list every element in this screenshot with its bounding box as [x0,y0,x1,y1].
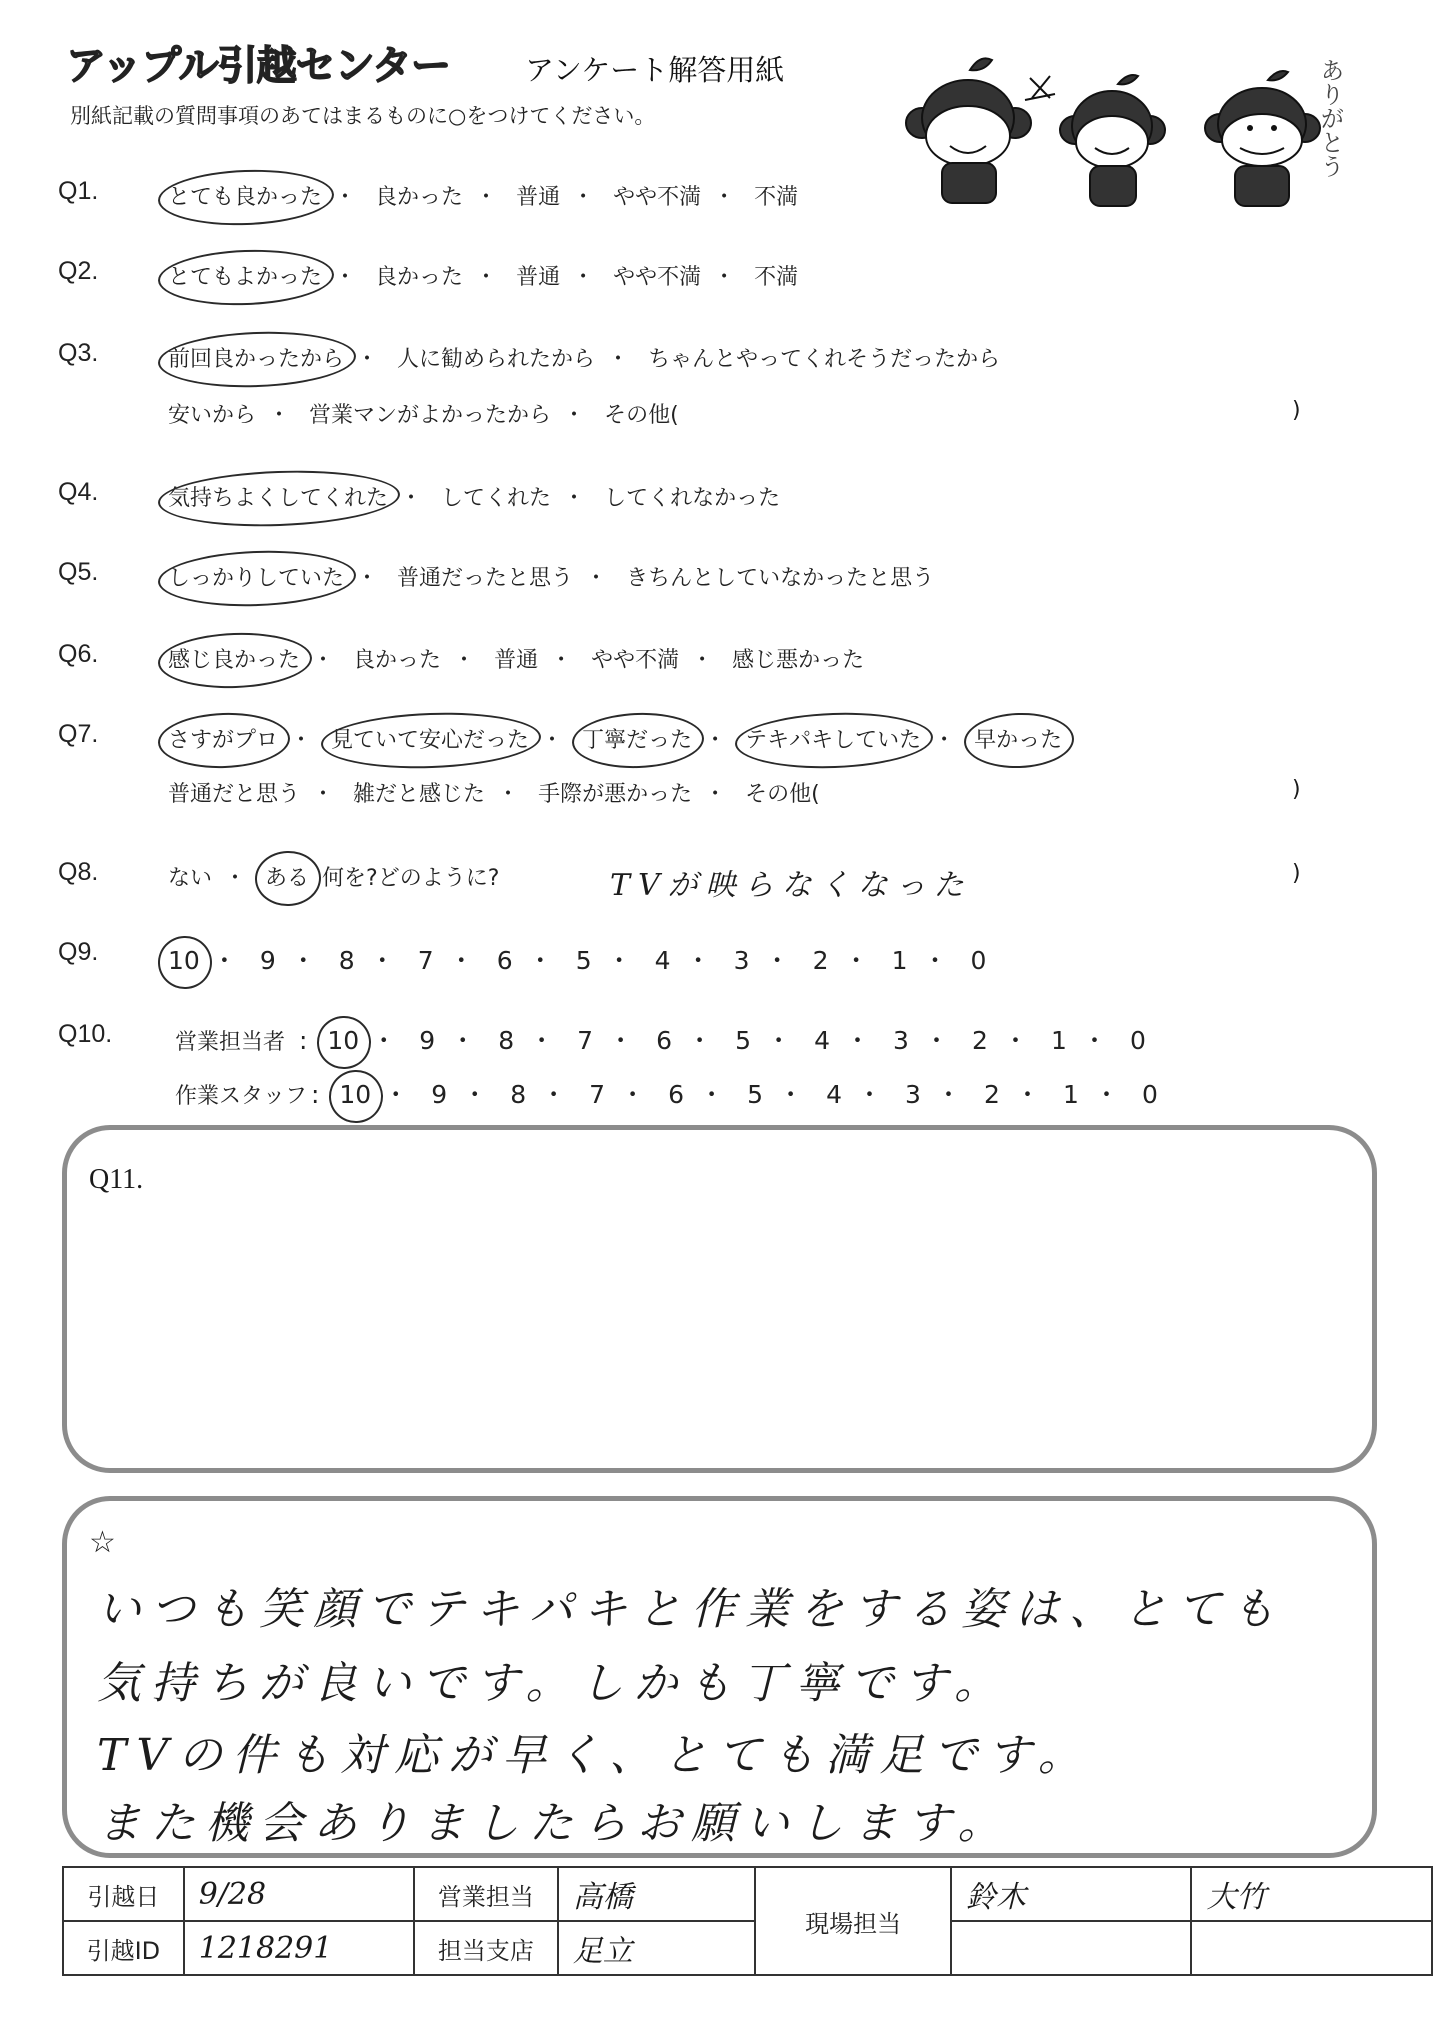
q4-option[interactable]: してくれなかった [604,481,780,512]
q8-close-paren: ) [1292,861,1301,886]
q3-label: Q3. [58,339,98,368]
q10-staff-score[interactable]: 3 [902,1080,924,1109]
form-title: アンケート解答用紙 [525,48,784,89]
q3-options-line2: 安いから・ 営業マンがよかったから・ その他( [168,398,679,429]
q10-sales-label: 営業担当者 [175,1025,285,1056]
q9-scale: 10・ 9・ 8・ 7・ 6・ 5・ 4・ 3・ 2・ 1・ 0 [168,941,990,977]
q10-staff-score[interactable]: 4 [823,1080,845,1109]
q7-option-selected[interactable]: テキパキしていた [745,723,921,754]
q10-staff-score[interactable]: 5 [744,1080,766,1109]
q7-options-line2: 普通だと思う・ 雑だと感じた・ 手際が悪かった・ その他( [168,777,820,808]
q9-score[interactable]: 6 [494,946,516,975]
q10-sales-score[interactable]: 3 [890,1026,912,1055]
sales-rep-value[interactable]: 高橋 [558,1867,756,1921]
site-staff-3[interactable] [951,1921,1192,1975]
q11-answer-box[interactable]: Q11. [62,1125,1377,1473]
mascot-illustration: ありがとう [890,48,1350,218]
q10-staff-score-selected[interactable]: 10 [339,1080,371,1109]
q9-label: Q9. [58,938,98,967]
q7-option-selected[interactable]: 見ていて安心だった [331,723,529,754]
q9-score[interactable]: 0 [968,946,990,975]
q5-options: しっかりしていた・ 普通だったと思う・ きちんとしていなかったと思う [168,561,934,592]
q7-option-selected[interactable]: さすがプロ [168,723,278,754]
q7-option-selected[interactable]: 丁寧だった [582,723,692,754]
company-name: アップル引越センター [66,34,450,91]
comment-box[interactable]: ☆ いつも笑顔でテキパキと作業をする姿は、とても 気持ちが良いです。しかも丁寧で… [62,1496,1377,1858]
q9-score[interactable]: 4 [652,946,674,975]
q10-sales-score[interactable]: 5 [732,1026,754,1055]
q10-staff-score[interactable]: 7 [586,1080,608,1109]
q9-score[interactable]: 8 [336,946,358,975]
q10-label: Q10. [58,1020,112,1049]
q7-close-paren: ) [1292,777,1301,802]
q9-score[interactable]: 7 [415,946,437,975]
q4-options: 気持ちよくしてくれた・ してくれた・ してくれなかった [168,481,780,512]
sales-rep-label: 営業担当 [414,1867,558,1921]
q3-options: 前回良かったから・ 人に勧められたから・ ちゃんとやってくれそうだったから [168,342,1000,373]
q4-label: Q4. [58,478,98,507]
q2-option[interactable]: 不満 [754,260,798,291]
q1-option[interactable]: 普通 [516,180,560,211]
q9-score[interactable]: 5 [573,946,595,975]
comment-line: TVの件も対応が早く、とても満足です。 [97,1719,1092,1783]
move-id-value[interactable]: 1218291 [184,1921,414,1975]
q10-staff-label: 作業スタッフ [175,1079,307,1110]
q9-score-selected[interactable]: 10 [168,946,200,975]
q10-sales-score[interactable]: 7 [574,1026,596,1055]
site-staff-label: 現場担当 [755,1867,951,1975]
q3-option[interactable]: 安いから [168,398,256,429]
q1-option[interactable]: やや不満 [613,180,701,211]
q7-option-selected[interactable]: 早かった [974,723,1062,754]
q4-option[interactable]: してくれた [441,481,551,512]
q10-staff-score[interactable]: 6 [665,1080,687,1109]
q8-answer[interactable]: TVが映らなくなった [610,860,972,904]
q7-option[interactable]: 雑だと感じた [353,777,485,808]
q2-option[interactable]: 良かった [375,260,463,291]
comment-line: いつも笑顔でテキパキと作業をする姿は、とても [97,1573,1285,1637]
q11-label: Q11. [89,1164,143,1196]
site-staff-2[interactable]: 大竹 [1191,1867,1432,1921]
q6-option-selected[interactable]: 感じ良かった [168,643,300,674]
q7-options: さすがプロ・ 見ていて安心だった・ 丁寧だった・ テキパキしていた・ 早かった [168,723,1062,754]
q3-option[interactable]: 人に勧められたから [397,342,595,373]
q7-option[interactable]: 普通だと思う [168,777,300,808]
q10-sales-score-selected[interactable]: 10 [327,1026,359,1055]
q3-option[interactable]: 営業マンがよかったから [309,398,551,429]
q3-option[interactable]: ちゃんとやってくれそうだったから [648,342,1000,373]
q10-sales-score[interactable]: 4 [811,1026,833,1055]
monkey-mascots-icon [890,48,1350,218]
q10-sales-score[interactable]: 2 [969,1026,991,1055]
q9-score[interactable]: 2 [810,946,832,975]
q10-sales-score[interactable]: 9 [416,1026,438,1055]
move-id-label: 引越ID [63,1921,184,1975]
q1-option[interactable]: 良かった [375,180,463,211]
q1-label: Q1. [58,177,98,206]
q6-option[interactable]: やや不満 [591,643,679,674]
q10-sales-score[interactable]: 1 [1048,1026,1070,1055]
q9-score[interactable]: 1 [889,946,911,975]
q8-label: Q8. [58,858,98,887]
move-date-value[interactable]: 9/28 [184,1867,414,1921]
q3-option-selected[interactable]: 前回良かったから [168,342,344,373]
q1-option-selected[interactable]: とても良かった [168,180,322,211]
q8-option-selected[interactable]: ある [265,861,309,892]
instruction-text: 別紙記載の質問事項のあてはまるものに○をつけてください。 [70,100,655,130]
q6-label: Q6. [58,640,98,669]
site-staff-1[interactable]: 鈴木 [951,1867,1192,1921]
q2-label: Q2. [58,257,98,286]
comment-line: 気持ちが良いです。しかも丁寧です。 [97,1647,1008,1711]
q3-option-other[interactable]: その他( [604,398,679,429]
q8-prompt: 何を?どのように? [322,861,499,892]
q3-close-paren: ) [1292,398,1301,423]
q10-staff-score[interactable]: 0 [1139,1080,1161,1109]
q10-sales-score[interactable]: 8 [495,1026,517,1055]
q8-options: ない・ ある 何を?どのように? [168,861,499,892]
q10-sales-scale: 営業担当者: 10・ 9・ 8・ 7・ 6・ 5・ 4・ 3・ 2・ 1・ 0 [175,1021,1149,1057]
q10-sales-score[interactable]: 6 [653,1026,675,1055]
mascot-caption: ありがとう [1315,58,1343,178]
q2-options: とてもよかった・ 良かった・ 普通・ やや不満・ 不満 [168,260,798,291]
branch-label: 担当支店 [414,1921,558,1975]
site-staff-4[interactable] [1191,1921,1432,1975]
q6-option[interactable]: 感じ悪かった [732,643,864,674]
q8-option[interactable]: ない [168,861,212,892]
q7-option-other[interactable]: その他( [745,777,820,808]
q7-label: Q7. [58,720,98,749]
q6-options: 感じ良かった・ 良かった・ 普通・ やや不満・ 感じ悪かった [168,643,864,674]
q1-option[interactable]: 不満 [754,180,798,211]
q5-option[interactable]: きちんとしていなかったと思う [626,561,934,592]
q1-options: とても良かった・ 良かった・ 普通・ やや不満・ 不満 [168,180,798,211]
comment-line: また機会ありましたらお願いします。 [97,1787,1011,1851]
q10-sales-score[interactable]: 0 [1127,1026,1149,1055]
q10-staff-score[interactable]: 1 [1060,1080,1082,1109]
q4-option-selected[interactable]: 気持ちよくしてくれた [168,481,388,512]
q10-staff-score[interactable]: 8 [507,1080,529,1109]
q10-staff-scale: 作業スタッフ: 10・ 9・ 8・ 7・ 6・ 5・ 4・ 3・ 2・ 1・ 0 [175,1075,1161,1111]
q9-score[interactable]: 3 [731,946,753,975]
q6-option[interactable]: 普通 [494,643,538,674]
q2-option[interactable]: 普通 [516,260,560,291]
q10-staff-score[interactable]: 2 [981,1080,1003,1109]
q2-option[interactable]: やや不満 [613,260,701,291]
move-info-table: 引越日 9/28 営業担当 高橋 現場担当 鈴木 大竹 引越ID 1218291… [62,1866,1433,1976]
q5-label: Q5. [58,558,98,587]
star-icon: ☆ [89,1525,116,1560]
q6-option[interactable]: 良かった [353,643,441,674]
q9-score[interactable]: 9 [257,946,279,975]
q2-option-selected[interactable]: とてもよかった [168,260,322,291]
branch-value[interactable]: 足立 [558,1921,756,1975]
q10-staff-score[interactable]: 9 [428,1080,450,1109]
q7-option[interactable]: 手際が悪かった [538,777,692,808]
q5-option-selected[interactable]: しっかりしていた [168,561,344,592]
move-date-label: 引越日 [63,1867,184,1921]
q5-option[interactable]: 普通だったと思う [397,561,573,592]
